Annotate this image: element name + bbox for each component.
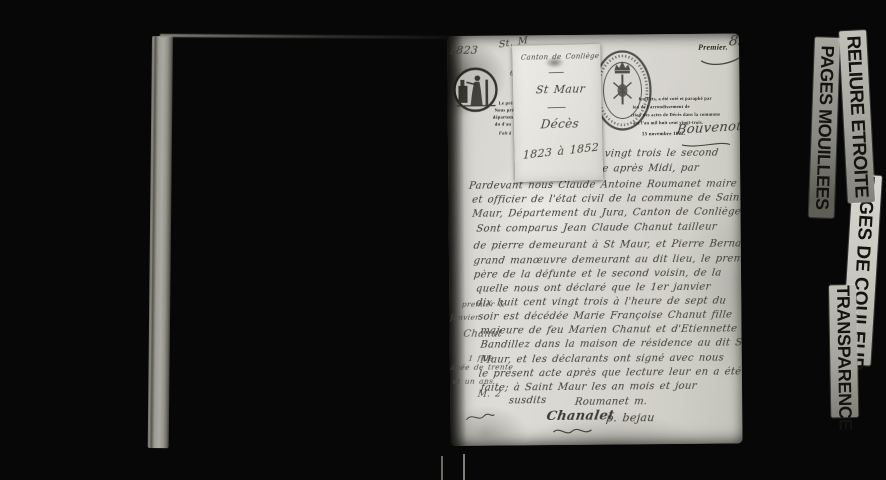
book-cover-top-edge	[160, 34, 462, 39]
closing-officier: Roumanet m.	[574, 396, 648, 408]
page-edge-line	[441, 456, 443, 480]
slip-date-range: 1823 à 1852	[523, 141, 599, 162]
condition-label-pages-mouillees: PAGES MOUILLEES	[809, 37, 840, 218]
margin-note: âgée de trente	[450, 362, 514, 372]
act-line: une après Midi, par	[588, 163, 699, 175]
printed-left-line: du d'au	[495, 121, 511, 126]
slip-rule	[548, 107, 566, 108]
act-line: Maur, Département du Jura, Canton de Con…	[472, 206, 742, 219]
act-line: Maur, et les déclarants ont signé avec n…	[480, 353, 725, 366]
slip-rule	[549, 72, 564, 73]
slip-canton: Canton de Conliège	[521, 52, 600, 62]
act-line: Pardevant nous Claude Antoine Roumanet m…	[468, 178, 737, 191]
condition-label-reliure-etroite: RELIURE ETROITE	[839, 30, 875, 203]
cote-signature: Bouvenot	[676, 119, 743, 138]
margin-note: Chanut	[463, 329, 503, 340]
slip-acte-type: Décès	[540, 117, 580, 132]
act-line: et officier de l'état civil de la commun…	[471, 192, 742, 205]
act-line: quelle nous ont déclaré que le 1er janvi…	[475, 282, 711, 295]
printed-left-line: Le pré	[499, 100, 513, 105]
margin-note: et un ans	[452, 377, 494, 386]
allegorical-vignette-icon	[452, 65, 499, 115]
page-edge-line	[463, 454, 465, 480]
paraph-flourish-icon	[699, 50, 742, 67]
act-line: Bandillez dans la maison de résidence au…	[480, 337, 743, 350]
paraph-flourish-icon	[464, 410, 496, 425]
signature-second: p. bejau	[605, 411, 655, 424]
book-spine-edge	[148, 36, 173, 448]
act-line: dix huit cent vingt trois à l'heure de s…	[475, 296, 726, 309]
act-line: de pierre demeurant à St Maur, et Pierre…	[473, 238, 743, 251]
act-line: Sont comparus Jean Claude Chanut tailleu…	[476, 222, 718, 235]
act-line: père de la défunte et le second voisin, …	[473, 268, 722, 281]
act-line: majeure de feu Marien Chanut et d'Etienn…	[480, 323, 738, 336]
margin-note: premier &	[461, 299, 506, 308]
printed-left-line: départem	[493, 114, 514, 119]
year-note: 1823	[448, 44, 479, 57]
margin-note: Janvier	[449, 313, 479, 322]
act-line: vingt trois le second	[604, 148, 719, 160]
scan-viewport: 1823 St. M 6 Le pré Nous pré départem du…	[0, 0, 886, 480]
register-page: 1823 St. M 6 Le pré Nous pré départem du…	[447, 33, 743, 446]
act-line: susdits	[508, 395, 547, 406]
paraph-flourish-icon	[550, 425, 594, 438]
printed-left-line: Fait à	[499, 130, 512, 135]
slip-commune: St Maur	[535, 82, 586, 96]
printed-left-line: Nous pré	[495, 107, 514, 112]
act-line: grand manœuvre demeurant au dit lieu, le…	[473, 253, 743, 266]
act-line: le présent acte après que lecture leur e…	[478, 366, 742, 379]
act-line: faite; à Saint Maur les an mois et jour	[480, 381, 697, 394]
condition-label-transparence: TRANSPARENCE	[829, 285, 858, 417]
catalogue-slip: Canton de Conliège St Maur Décès 1823 à …	[512, 44, 603, 182]
margin-note: 1 fille	[468, 354, 494, 363]
folio-paraph: 83	[728, 33, 742, 49]
margin-note: M. 2	[477, 390, 502, 400]
act-line: soir est décédée Marie Françoise Chanut …	[478, 310, 733, 323]
